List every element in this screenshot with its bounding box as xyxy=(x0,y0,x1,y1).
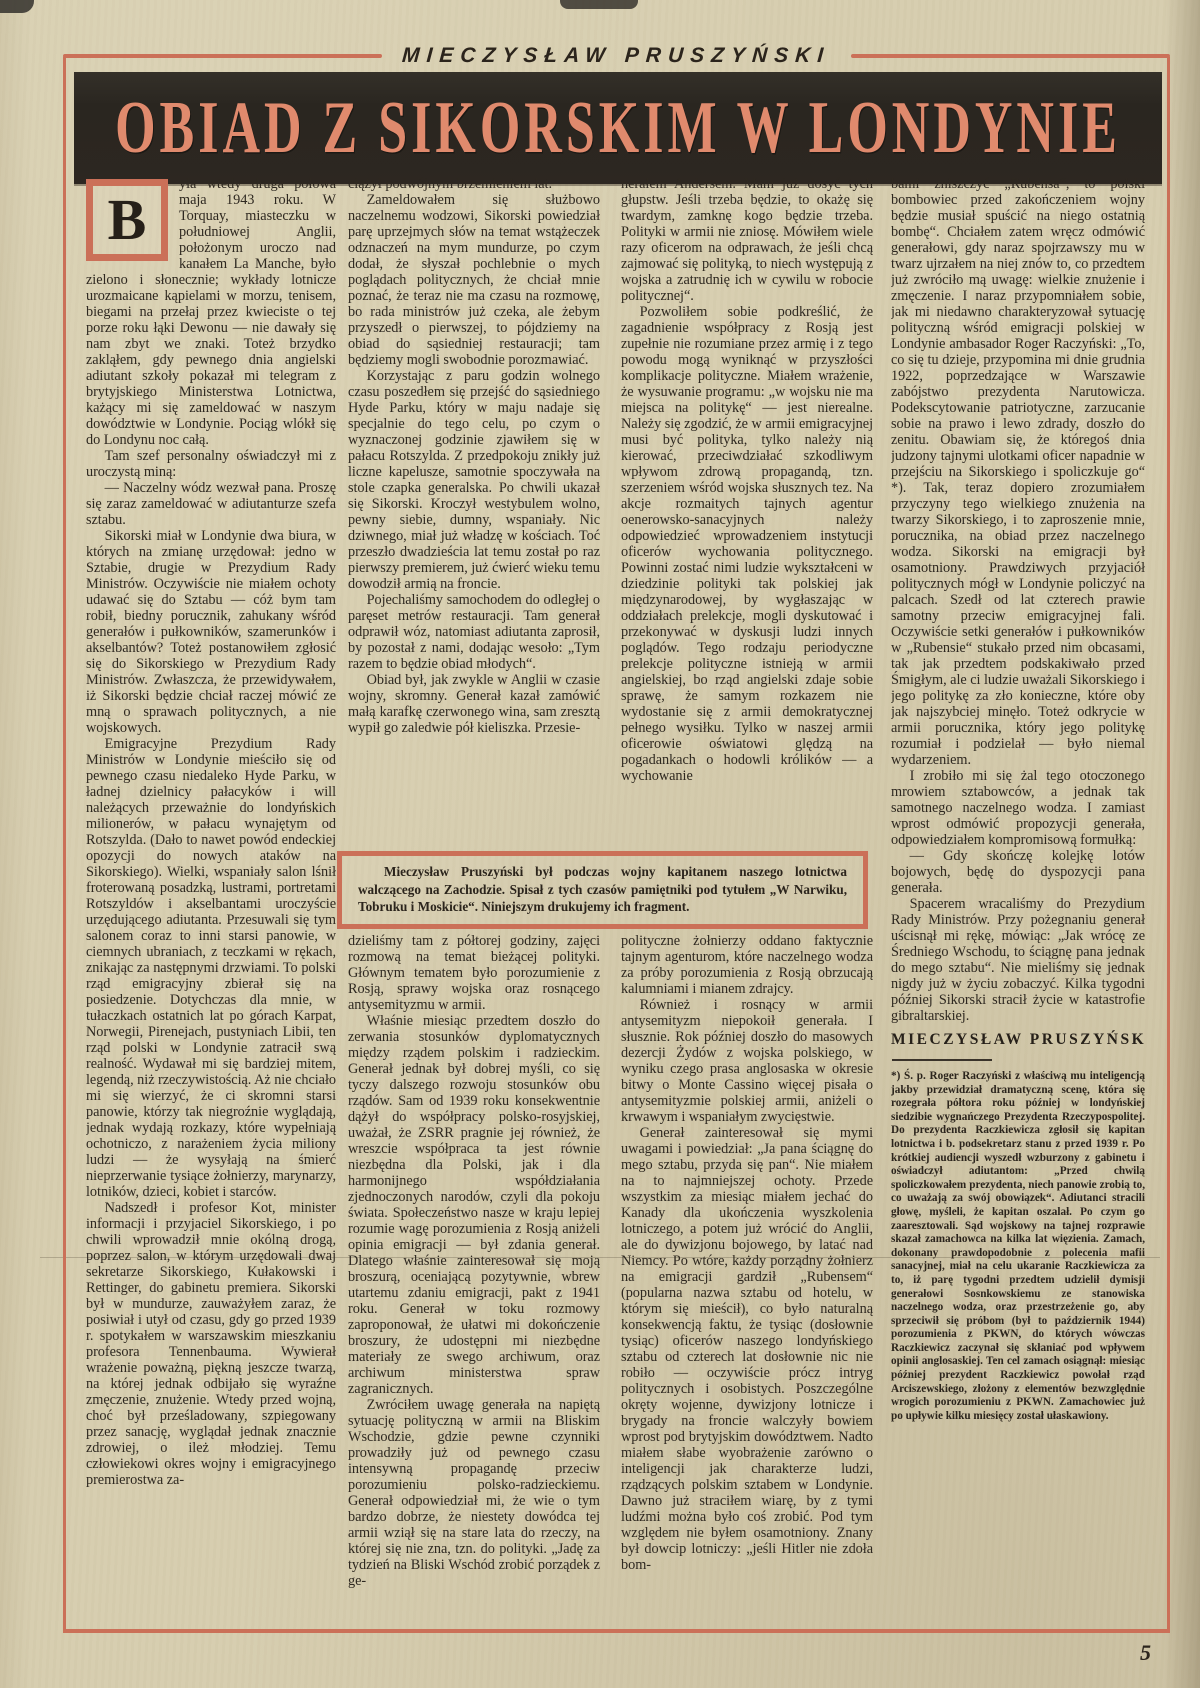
paragraph: Tam szef personalny oświadczył mi z uroc… xyxy=(86,448,336,480)
paragraph: Również i rosnący w armii antysemityzm n… xyxy=(621,997,873,1125)
column-4-text: bami zniszczyć „Rubensa“, to polski bomb… xyxy=(891,176,1145,1024)
article-title: OBIAD Z SIKORSKIM W LONDYNIE xyxy=(115,86,1121,170)
author-name: MIECZYSŁAW PRUSZYŃSKI xyxy=(402,44,832,68)
paragraph: Sikorski miał w Londynie dwa biura, w kt… xyxy=(86,528,336,736)
paragraph: Obiad był, jak zwykle w Anglii w czasie … xyxy=(348,672,600,736)
drop-cap-box: B xyxy=(86,179,168,261)
author-header: MIECZYSŁAW PRUSZYŃSKI xyxy=(63,44,1170,68)
paragraph: Spacerem wracaliśmy do Prezydium Rady Mi… xyxy=(891,896,1145,1024)
paragraph: Pojechaliśmy samochodem do odległej o pa… xyxy=(348,592,600,672)
page-number: 5 xyxy=(1140,1640,1151,1666)
header-rule-right xyxy=(851,54,1170,58)
paragraph: Korzystając z paru godzin wolnego czasu … xyxy=(348,368,600,592)
paragraph: nerałem Andersem. Mam już dosyć tych głu… xyxy=(621,176,873,304)
paragraph: I zrobiło mi się żal tego otoczonego mro… xyxy=(891,768,1145,848)
paragraph: bami zniszczyć „Rubensa“, to polski bomb… xyxy=(891,176,1145,768)
paragraph: Zwróciłem uwagę generała na napiętą sytu… xyxy=(348,1397,600,1589)
paragraph: Emigracyjne Prezydium Rady Ministrów w L… xyxy=(86,736,336,1200)
paragraph: Zameldowałem się służbowo naczelnemu wod… xyxy=(348,192,600,368)
drop-cap-letter: B xyxy=(108,191,147,249)
text-column-1: B yła wtedy druga połowa maja 1943 roku.… xyxy=(86,176,336,1625)
column-2-text-below-box: dzieliśmy tam z półtorej godziny, zajęci… xyxy=(348,933,600,1589)
column-3-text-above-box: nerałem Andersem. Mam już dosyć tych głu… xyxy=(621,176,873,851)
footnote: *) Ś. p. Roger Raczyński z właściwą mu i… xyxy=(891,1070,1145,1423)
paragraph: Nadszedł i profesor Kot, minister inform… xyxy=(86,1200,336,1488)
editorial-note-box: Mieczysław Pruszyński był podczas wojny … xyxy=(337,851,868,929)
column-3-text-below-box: polityczne żołnierzy oddano faktycznie t… xyxy=(621,933,873,1573)
paragraph: Generał zainteresował się mymi uwagami i… xyxy=(621,1125,873,1573)
paragraph: Pozwoliłem sobie podkreślić, że zagadnie… xyxy=(621,304,873,784)
footnote-divider xyxy=(892,1059,992,1061)
paragraph: Właśnie miesiąc przedtem doszło do zerwa… xyxy=(348,1013,600,1397)
paragraph: dzieliśmy tam z półtorej godziny, zajęci… xyxy=(348,933,600,1013)
column-2-text-above-box: ciążył podwójnym brzemieniem lat.Zameldo… xyxy=(348,176,600,851)
paragraph: ciążył podwójnym brzemieniem lat. xyxy=(348,176,600,192)
title-banner: OBIAD Z SIKORSKIM W LONDYNIE xyxy=(74,72,1162,184)
scan-smudge xyxy=(560,0,638,9)
footnote-text: *) Ś. p. Roger Raczyński z właściwą mu i… xyxy=(891,1070,1145,1423)
header-rule-left xyxy=(63,54,382,58)
editorial-note-text: Mieczysław Pruszyński był podczas wojny … xyxy=(358,863,847,916)
paragraph: polityczne żołnierzy oddano faktycznie t… xyxy=(621,933,873,997)
paragraph: — Naczelny wódz wezwał pana. Proszę się … xyxy=(86,480,336,528)
paragraph: — Gdy skończę kolejkę lotów bojowych, bę… xyxy=(891,848,1145,896)
author-signature: MIECZYSŁAW PRUSZYŃSKI xyxy=(891,1032,1145,1048)
magazine-page: MIECZYSŁAW PRUSZYŃSKI OBIAD Z SIKORSKIM … xyxy=(0,0,1200,1688)
column-1-text: yła wtedy druga połowa maja 1943 roku. W… xyxy=(86,176,336,1488)
scan-smudge xyxy=(0,0,34,13)
text-column-4: bami zniszczyć „Rubensa“, to polski bomb… xyxy=(891,176,1145,1625)
